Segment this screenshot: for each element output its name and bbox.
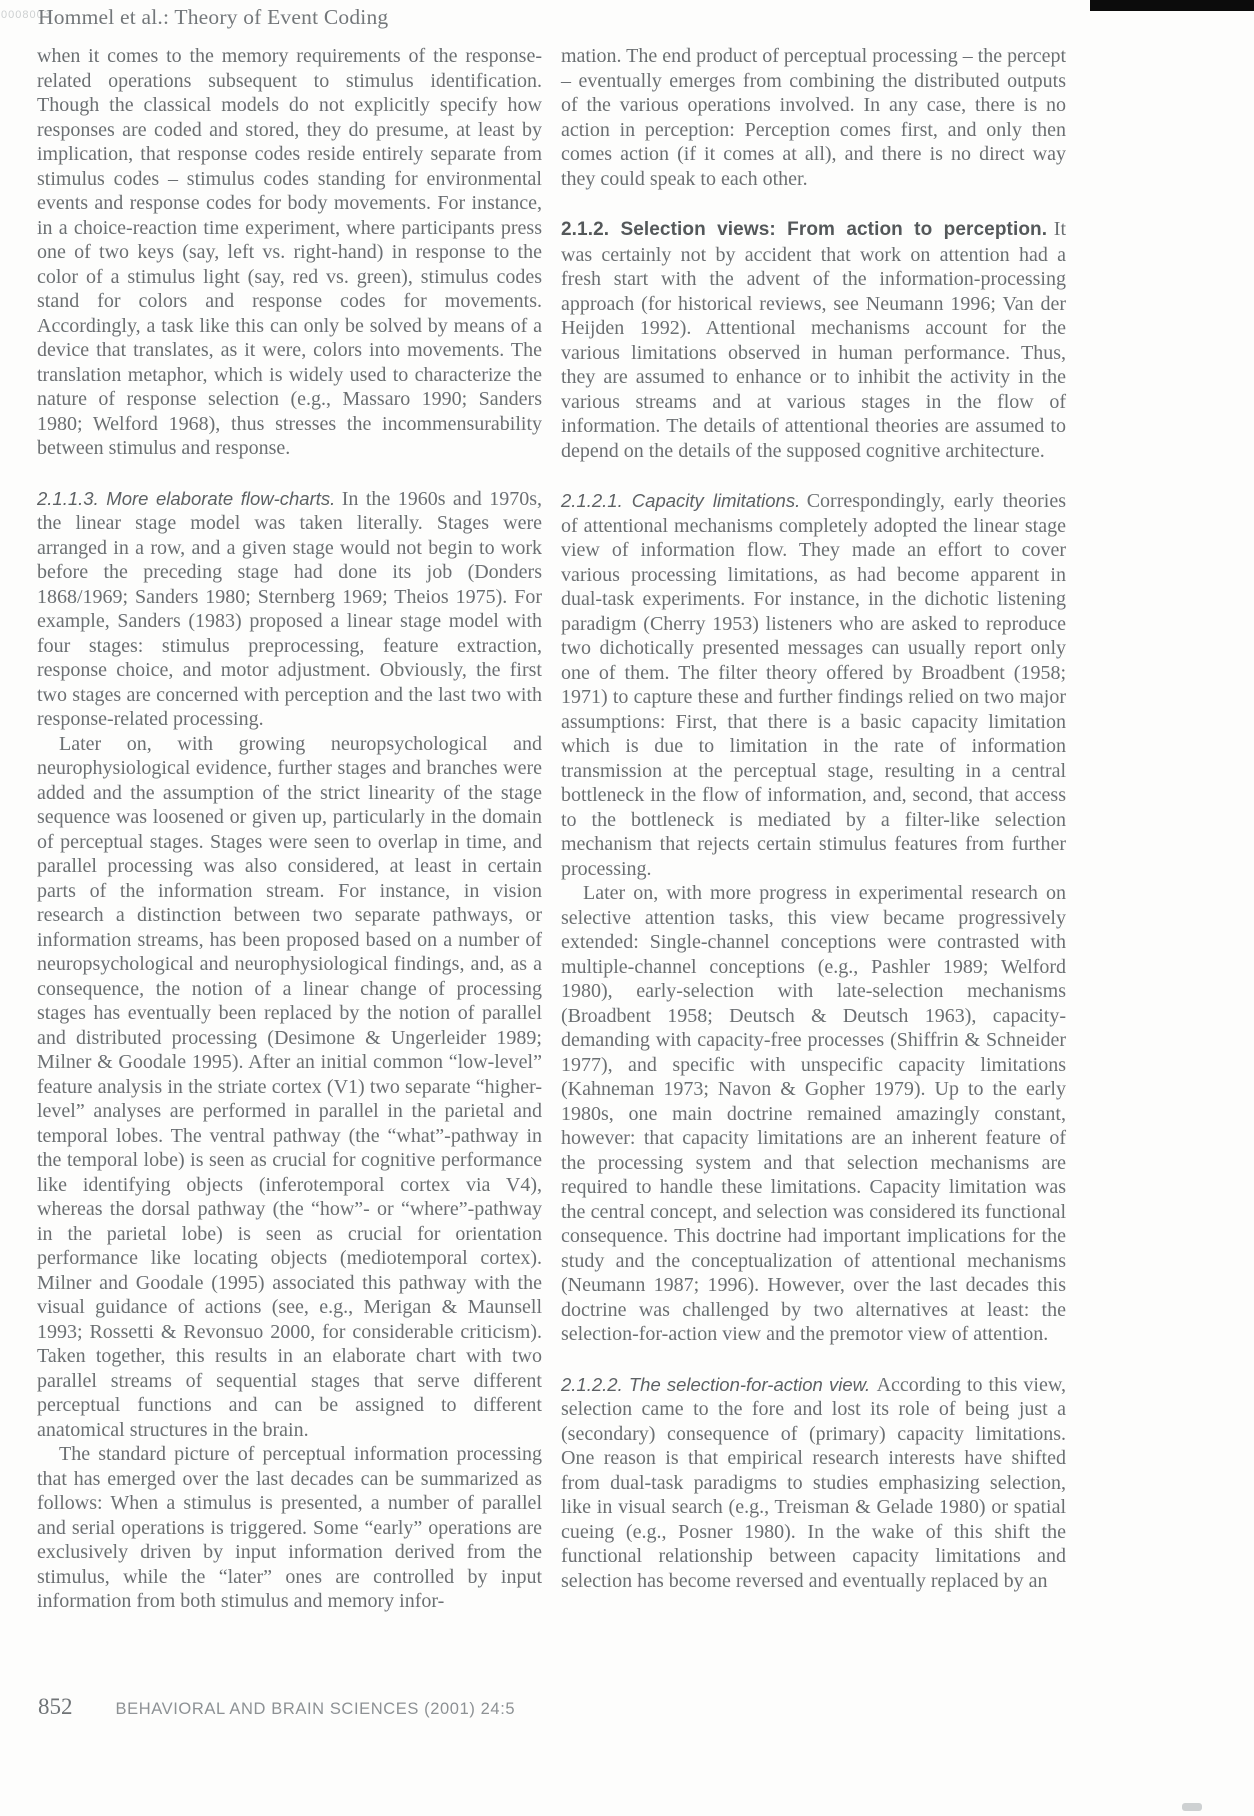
right-column: mation. The end product of perceptual pr… [561, 44, 1066, 1614]
paragraph-text: Later on, with more progress in experime… [561, 882, 1066, 1345]
section-2-1-2-1: 2.1.2.1. Capacity limitations.Correspond… [561, 489, 1066, 881]
paragraph-text: It was certainly not by accident that wo… [561, 218, 1066, 462]
running-title: Hommel et al.: Theory of Event Coding [38, 5, 388, 30]
section-2-1-2: 2.1.2. Selection views: From action to p… [561, 217, 1066, 463]
section-heading: 2.1.2. Selection views: From action to p… [561, 219, 1047, 240]
left-column: when it comes to the memory requirements… [37, 44, 542, 1614]
paragraph: The standard picture of perceptual infor… [37, 1442, 542, 1614]
section-heading: 2.1.1.3. More elaborate flow-charts. [37, 488, 335, 509]
page-body: when it comes to the memory requirements… [37, 44, 1066, 1614]
section-heading: 2.1.2.1. Capacity limitations. [561, 490, 800, 511]
paragraph-text: mation. The end product of perceptual pr… [561, 45, 1066, 190]
paragraph-text: In the 1960s and 1970s, the linear stage… [37, 488, 542, 731]
paragraph: Later on, with more progress in experime… [561, 881, 1066, 1347]
paragraph: mation. The end product of perceptual pr… [561, 44, 1066, 191]
page-number: 852 [38, 1694, 73, 1720]
paragraph-text: Correspondingly, early theories of atten… [561, 490, 1066, 880]
section-2-1-2-2: 2.1.2.2. The selection-for-action view.A… [561, 1373, 1066, 1594]
paragraph: Later on, with growing neuropsychologica… [37, 732, 542, 1443]
section-heading: 2.1.2.2. The selection-for-action view. [561, 1374, 870, 1395]
paragraph-text: The standard picture of perceptual infor… [37, 1443, 542, 1612]
paragraph-text: when it comes to the memory requirements… [37, 45, 542, 459]
scan-corner-bar [1090, 0, 1254, 11]
page-footer: 852 BEHAVIORAL AND BRAIN SCIENCES (2001)… [38, 1694, 515, 1720]
paragraph-text: Later on, with growing neuropsychologica… [37, 733, 542, 1441]
scan-speck [1182, 1803, 1202, 1811]
paragraph-text: According to this view, selection came t… [561, 1374, 1066, 1592]
paragraph: when it comes to the memory requirements… [37, 44, 542, 461]
journal-line: BEHAVIORAL AND BRAIN SCIENCES (2001) 24:… [116, 1700, 516, 1719]
section-2-1-1-3: 2.1.1.3. More elaborate flow-charts.In t… [37, 487, 542, 732]
